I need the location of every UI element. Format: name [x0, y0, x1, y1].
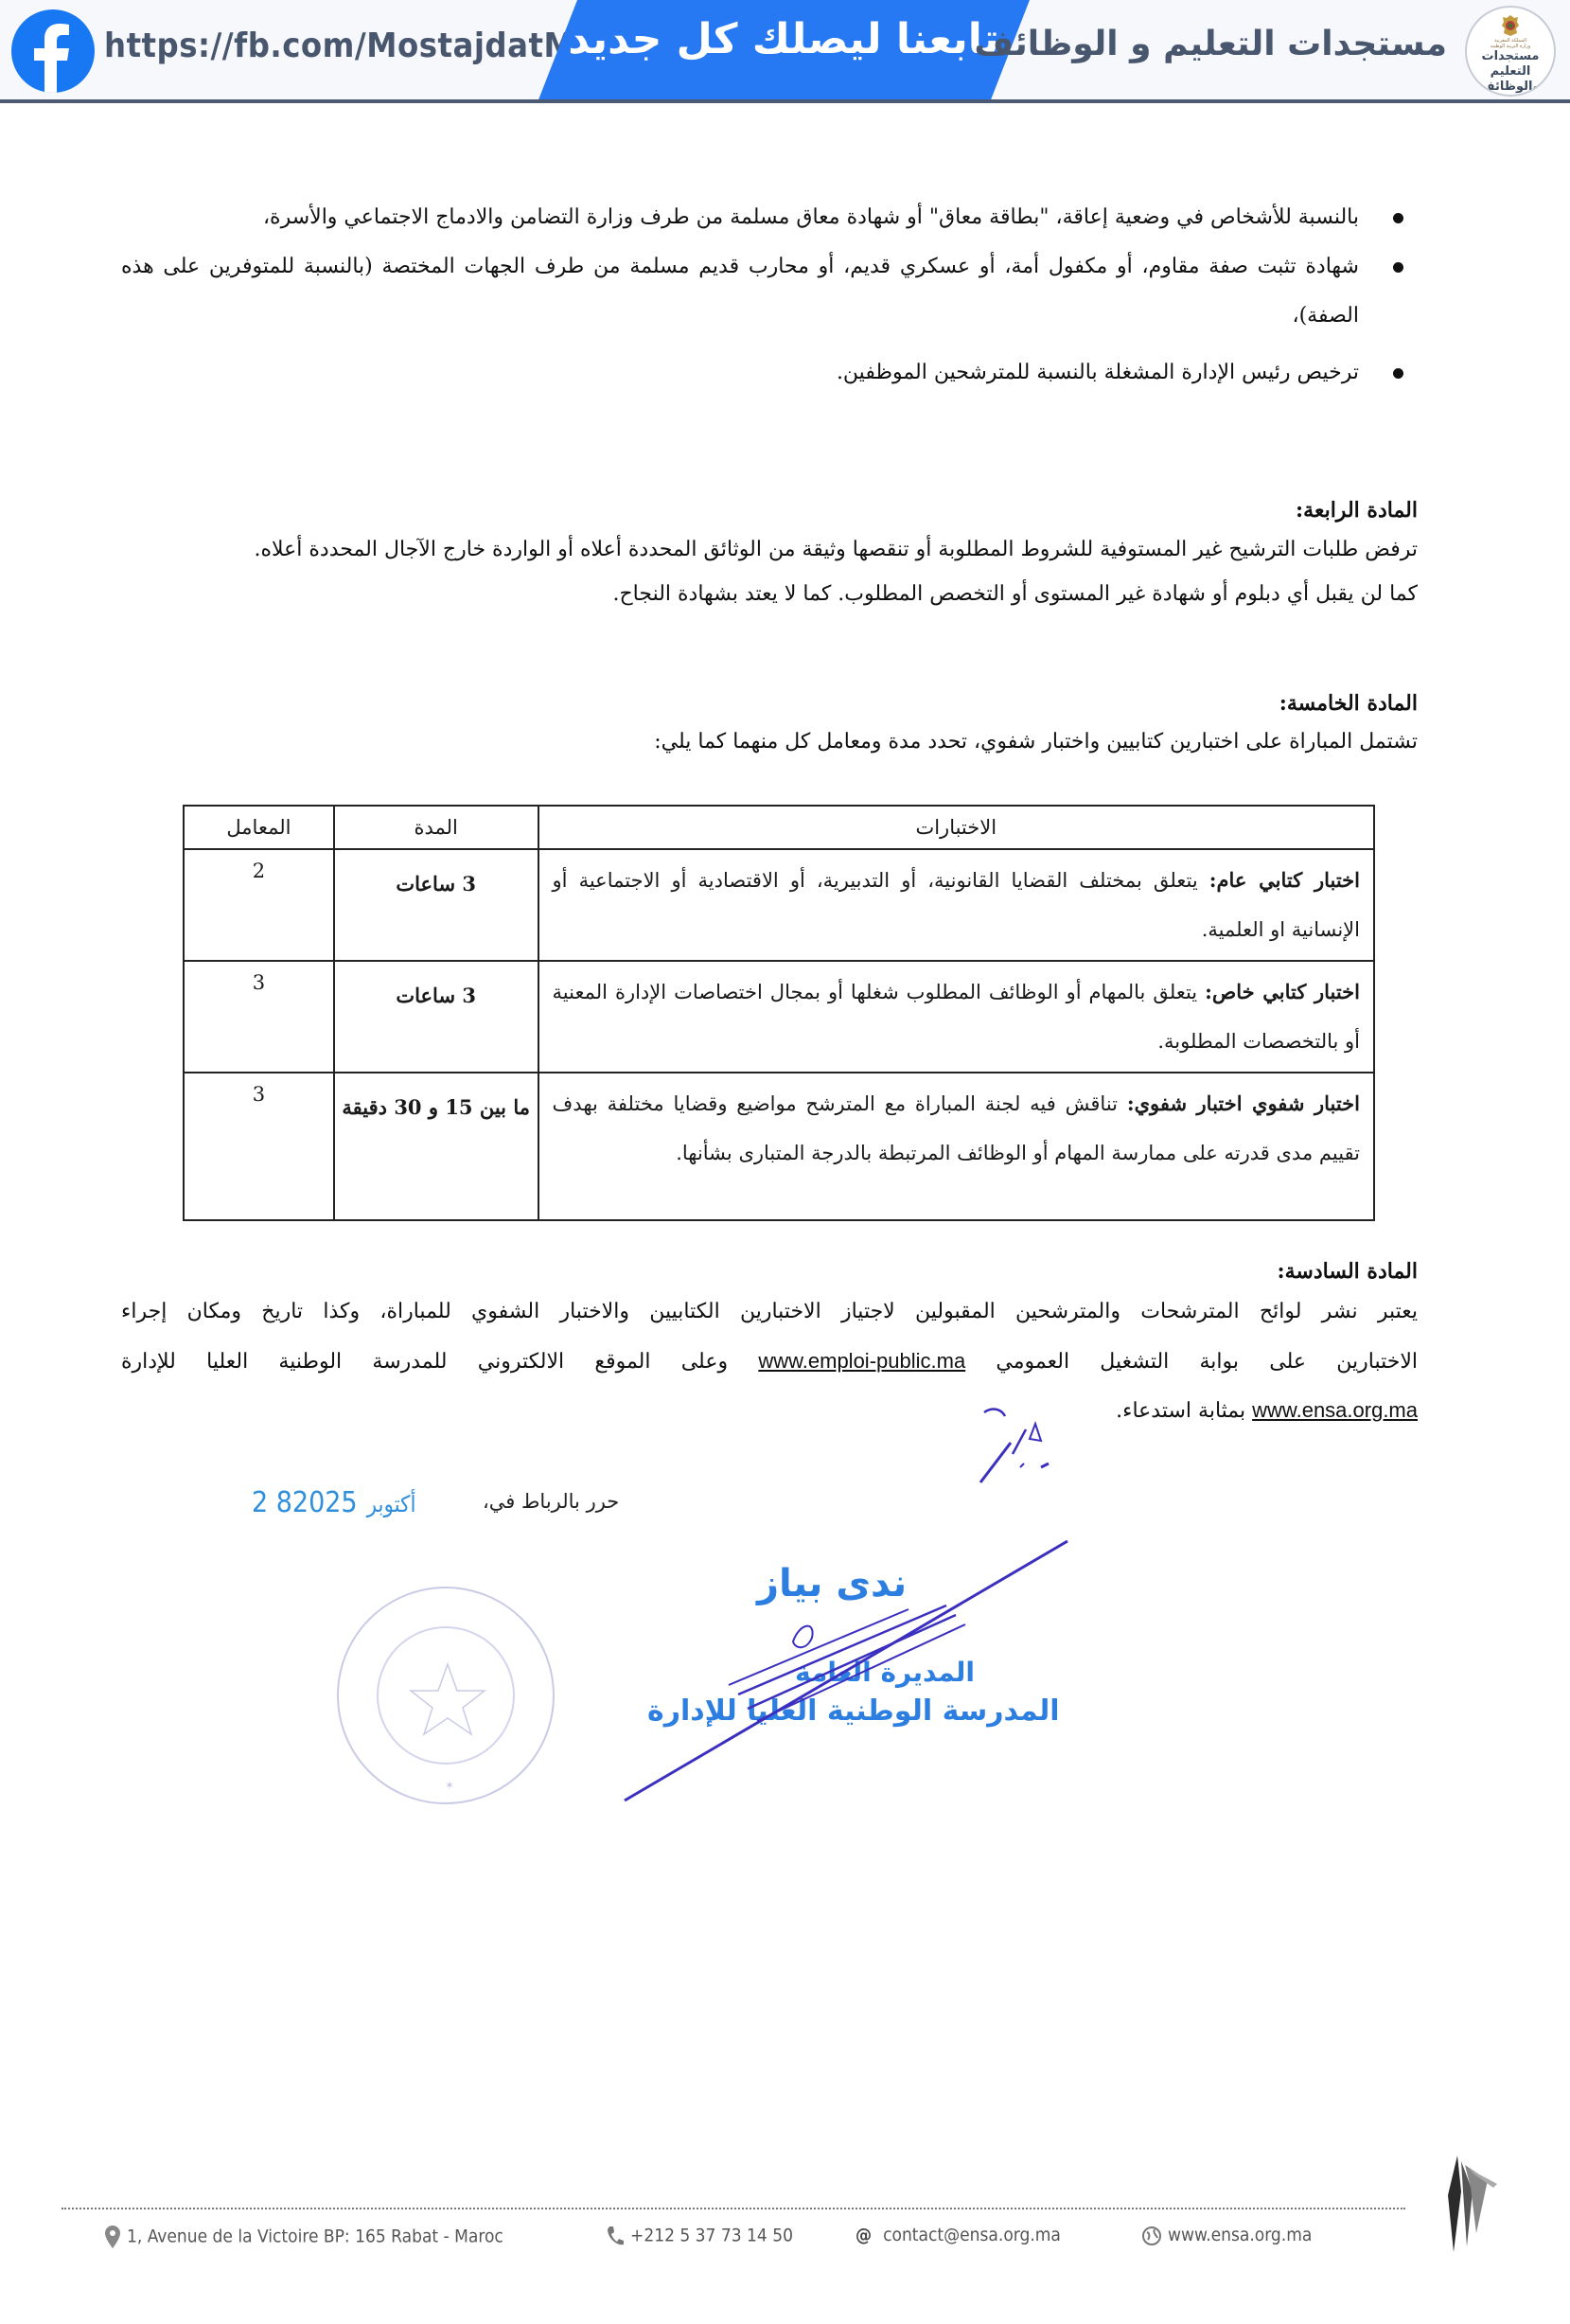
article-6-text-b: وعلى الموقع الالكتروني للمدرسة الوطنية ا… [121, 1350, 728, 1374]
written-at-label: حرر بالرباط في، [483, 1490, 619, 1513]
article-6-line-3: www.ensa.org.ma بمثابة استدعاء. [121, 1387, 1418, 1435]
facebook-icon[interactable] [11, 9, 95, 93]
footer-email: @contact@ensa.org.ma [856, 2225, 1061, 2245]
date-stamp-day: 2 8 [252, 1486, 292, 1519]
exam-table: الاختبارات المدة المعامل اختبار كتابي عا… [183, 805, 1375, 1221]
exam-duration: ما بين 15 و 30 دقيقة [334, 1073, 538, 1220]
article-4-line-2: كما لن يقبل أي دبلوم أو شهادة غير المستو… [121, 574, 1418, 615]
footer-address: 1, Avenue de la Victoire BP: 165 Rabat -… [104, 2225, 503, 2249]
exam-coefficient: 3 [184, 1073, 334, 1220]
footer-email-text[interactable]: contact@ensa.org.ma [883, 2225, 1061, 2245]
signatory-role: المديرة العامة [795, 1657, 975, 1688]
article-6-text-a: الاختبارين على بوابة التشغيل العمومي [996, 1350, 1418, 1374]
phone-icon [606, 2225, 625, 2247]
footer-phone-text: +212 5 37 73 14 50 [630, 2226, 793, 2246]
list-item-text: شهادة تثبت صفة مقاوم، أو مكفول أمة، أو ع… [121, 255, 1359, 328]
exam-name: اختبار شفوي اختبار شفوي: [1127, 1091, 1360, 1115]
follow-banner-text: تابعنا ليصلك كل جديد [538, 15, 1030, 63]
article-6-line-1: يعتبر نشر لوائح المترشحات والمترشحين الم… [121, 1287, 1418, 1337]
footer: 1, Avenue de la Victoire BP: 165 Rabat -… [0, 2219, 1570, 2257]
article-6-text-c: بمثابة استدعاء. [1116, 1399, 1245, 1423]
exam-description-cell: اختبار شفوي اختبار شفوي: تناقش فيه لجنة … [538, 1073, 1374, 1220]
article-6-title: المادة السادسة: [121, 1255, 1418, 1287]
site-logo: المملكة المغربية وزارة التربية الوطنية م… [1465, 6, 1556, 97]
official-seal: ✶ [337, 1587, 555, 1804]
list-item-text: بالنسبة للأشخاص في وضعية إعاقة، "بطاقة م… [263, 205, 1359, 229]
footer-website-text[interactable]: www.ensa.org.ma [1168, 2225, 1312, 2245]
exam-description-cell: اختبار كتابي عام: يتعلق بمختلف القضايا ا… [538, 849, 1374, 961]
bullet-icon [1393, 213, 1403, 223]
site-title: مستجدات التعليم و الوظائف [974, 25, 1447, 63]
exam-duration: 3 ساعات [334, 849, 538, 961]
exam-name: اختبار كتابي خاص: [1205, 980, 1360, 1003]
globe-icon [1141, 2226, 1162, 2246]
footer-website: www.ensa.org.ma [1141, 2225, 1312, 2246]
column-header-duration: المدة [334, 806, 538, 849]
article-4: المادة الرابعة: ترفض طلبات الترشيح غير ا… [121, 494, 1418, 615]
bullet-icon [1393, 368, 1403, 379]
at-sign-icon: @ [856, 2225, 872, 2245]
date-stamp: 2 8أكتوبر2025 [252, 1486, 425, 1519]
exam-coefficient: 3 [184, 961, 334, 1073]
article-6: المادة السادسة: يعتبر نشر لوائح المترشحا… [121, 1255, 1418, 1435]
column-header-exams: الاختبارات [538, 806, 1374, 849]
article-4-title: المادة الرابعة: [121, 494, 1418, 526]
exam-duration: 3 ساعات [334, 961, 538, 1073]
date-stamp-month: أكتوبر [367, 1491, 416, 1517]
exam-coefficient: 2 [184, 849, 334, 961]
column-header-coefficient: المعامل [184, 806, 334, 849]
coat-of-arms-icon [1498, 13, 1523, 38]
list-item: شهادة تثبت صفة مقاوم، أو مكفول أمة، أو ع… [121, 242, 1418, 341]
ensa-website-link[interactable]: www.ensa.org.ma [1252, 1398, 1418, 1422]
ensa-logo-icon [1420, 2154, 1497, 2258]
signatory-name: ندى بياز [757, 1562, 907, 1606]
article-5-title: المادة الخامسة: [121, 687, 1418, 719]
signatory-institution: المدرسة الوطنية العليا للإدارة [647, 1694, 1060, 1728]
article-5: المادة الخامسة: تشتمل المباراة على اختبا… [121, 687, 1418, 765]
footer-divider [62, 2208, 1405, 2209]
table-row: اختبار كتابي خاص: يتعلق بالمهام أو الوظا… [184, 961, 1374, 1073]
location-pin-icon [104, 2225, 121, 2249]
header-divider [0, 99, 1570, 103]
required-documents-list: بالنسبة للأشخاص في وضعية إعاقة، "بطاقة م… [121, 193, 1418, 398]
list-item-text: ترخيص رئيس الإدارة المشغلة بالنسبة للمتر… [837, 361, 1359, 384]
list-item: ترخيص رئيس الإدارة المشغلة بالنسبة للمتر… [121, 348, 1418, 398]
table-row: اختبار كتابي عام: يتعلق بمختلف القضايا ا… [184, 849, 1374, 961]
date-stamp-year: 2025 [292, 1486, 358, 1519]
exam-name: اختبار كتابي عام: [1209, 868, 1360, 892]
footer-phone: +212 5 37 73 14 50 [606, 2225, 793, 2247]
seal-star-icon: ✶ [339, 1588, 556, 1806]
svg-text:✶: ✶ [445, 1779, 454, 1792]
article-6-line-2: الاختبارين على بوابة التشغيل العمومي www… [121, 1337, 1418, 1387]
emploi-public-link[interactable]: www.emploi-public.ma [758, 1349, 965, 1373]
exam-description-cell: اختبار كتابي خاص: يتعلق بالمهام أو الوظا… [538, 961, 1374, 1073]
table-header-row: الاختبارات المدة المعامل [184, 806, 1374, 849]
article-5-intro: تشتمل المباراة على اختبارين كتابيين واخت… [121, 719, 1418, 765]
table-row: اختبار شفوي اختبار شفوي: تناقش فيه لجنة … [184, 1073, 1374, 1220]
article-4-line-1: ترفض طلبات الترشيح غير المستوفية للشروط … [121, 526, 1418, 574]
bullet-icon [1393, 262, 1403, 273]
list-item: بالنسبة للأشخاص في وضعية إعاقة، "بطاقة م… [121, 193, 1418, 242]
logo-name-1: مستجدات التعليم [1467, 49, 1554, 80]
footer-address-text: 1, Avenue de la Victoire BP: 165 Rabat -… [127, 2226, 503, 2247]
